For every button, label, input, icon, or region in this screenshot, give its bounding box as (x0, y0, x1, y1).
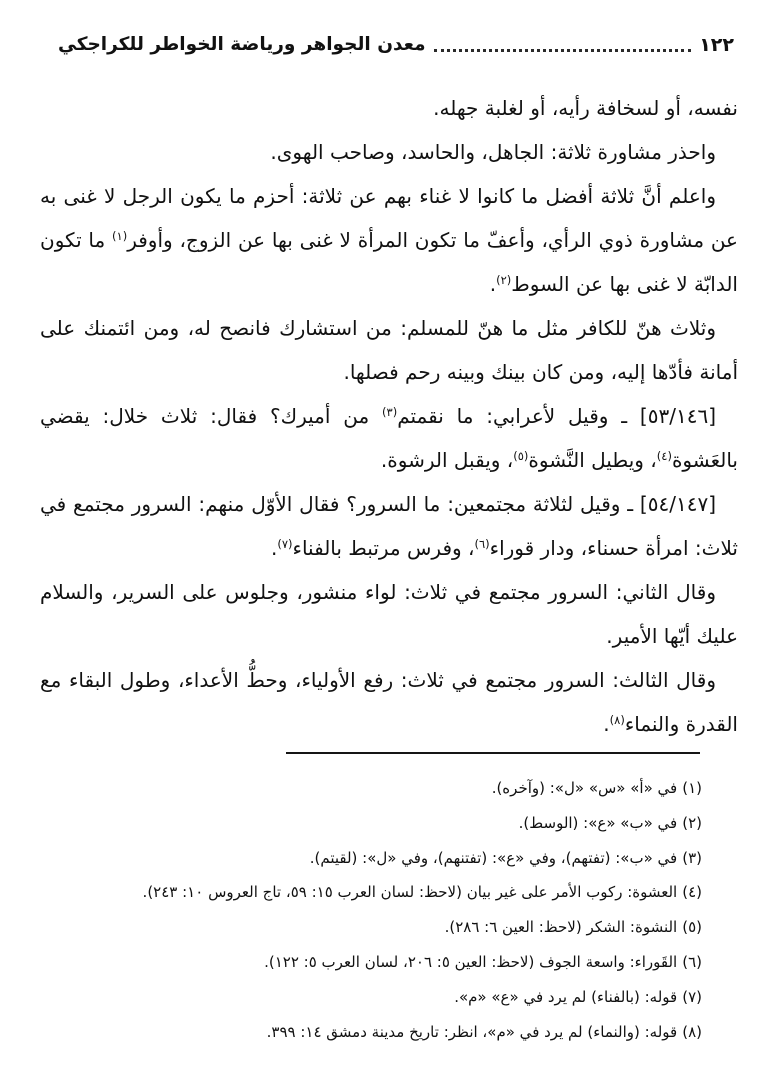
book-title: معدن الجواهر ورياضة الخواطر للكراجكي (58, 30, 426, 60)
paragraph: وقال الثالث: السرور مجتمع في ثلاث: رفع ا… (40, 658, 738, 746)
page-number: ١٢٢ (699, 30, 734, 60)
footnote-number: (١) (682, 779, 702, 797)
footnote-number: (٦) (682, 953, 702, 971)
footnotes: (١)في «أ» «س» «ل»: (وآخره).(٢)في «ب» «ع»… (46, 771, 702, 1049)
footnote: (٤)العشوة: ركوب الأمر على غير بيان (لاحظ… (46, 875, 702, 910)
footnote-number: (٨) (682, 1023, 702, 1041)
paragraph: نفسه، أو لسخافة رأيه، أو لغلبة جهله. (40, 86, 738, 130)
book-page: ١٢٢ معدن الجواهر ورياضة الخواطر للكراجكي… (0, 0, 778, 1088)
footnote-number: (٧) (682, 988, 702, 1006)
footnote-ref: (٧) (277, 537, 292, 551)
footnote: (٦)القَوراء: واسعة الجوف (لاحظ: العين ٥:… (46, 945, 702, 980)
footnote-number: (٥) (682, 918, 702, 936)
footnote-separator (286, 752, 700, 754)
footnote-ref: (٣) (382, 405, 397, 419)
footnote-ref: (٢) (496, 273, 511, 287)
footnote: (١)في «أ» «س» «ل»: (وآخره). (46, 771, 702, 806)
footnote-ref: (٥) (513, 449, 528, 463)
footnote: (٥)النشوة: الشكر (لاحظ: العين ٦: ٢٨٦). (46, 910, 702, 945)
footnote: (٢)في «ب» «ع»: (الوسط). (46, 806, 702, 841)
footnote-number: (٣) (682, 849, 702, 867)
footnote-number: (٢) (682, 814, 702, 832)
footnote: (٧)قوله: (بالفناء) لم يرد في «ع» «م». (46, 980, 702, 1015)
footnote-ref: (١) (112, 229, 127, 243)
footnote-ref: (٨) (610, 713, 625, 727)
footnote-number: (٤) (682, 883, 702, 901)
footnote-ref: (٤) (657, 449, 672, 463)
paragraph: [٥٤/١٤٧] ـ وقيل لثلاثة مجتمعين: ما السرو… (40, 482, 738, 570)
running-header: ١٢٢ معدن الجواهر ورياضة الخواطر للكراجكي (58, 30, 734, 60)
paragraph: وثلاث هنّ للكافر مثل ما هنّ للمسلم: من ا… (40, 306, 738, 394)
paragraph: وقال الثاني: السرور مجتمع في ثلاث: لواء … (40, 570, 738, 658)
dotted-leader (434, 49, 692, 52)
footnote: (٣)في «ب»: (تفتهم)، وفي «ع»: (تفتنهم)، و… (46, 841, 702, 876)
paragraph: واحذر مشاورة ثلاثة: الجاهل، والحاسد، وصا… (40, 130, 738, 174)
footnote: (٨)قوله: (والنماء) لم يرد في «م»، انظر: … (46, 1015, 702, 1050)
footnote-ref: (٦) (474, 537, 489, 551)
body-text: نفسه، أو لسخافة رأيه، أو لغلبة جهله.واحذ… (40, 86, 738, 746)
paragraph: [٥٣/١٤٦] ـ وقيل لأعرابي: ما نقمتم(٣) من … (40, 394, 738, 482)
paragraph: واعلم أنَّ ثلاثة أفضل ما كانوا لا غناء ب… (40, 174, 738, 306)
